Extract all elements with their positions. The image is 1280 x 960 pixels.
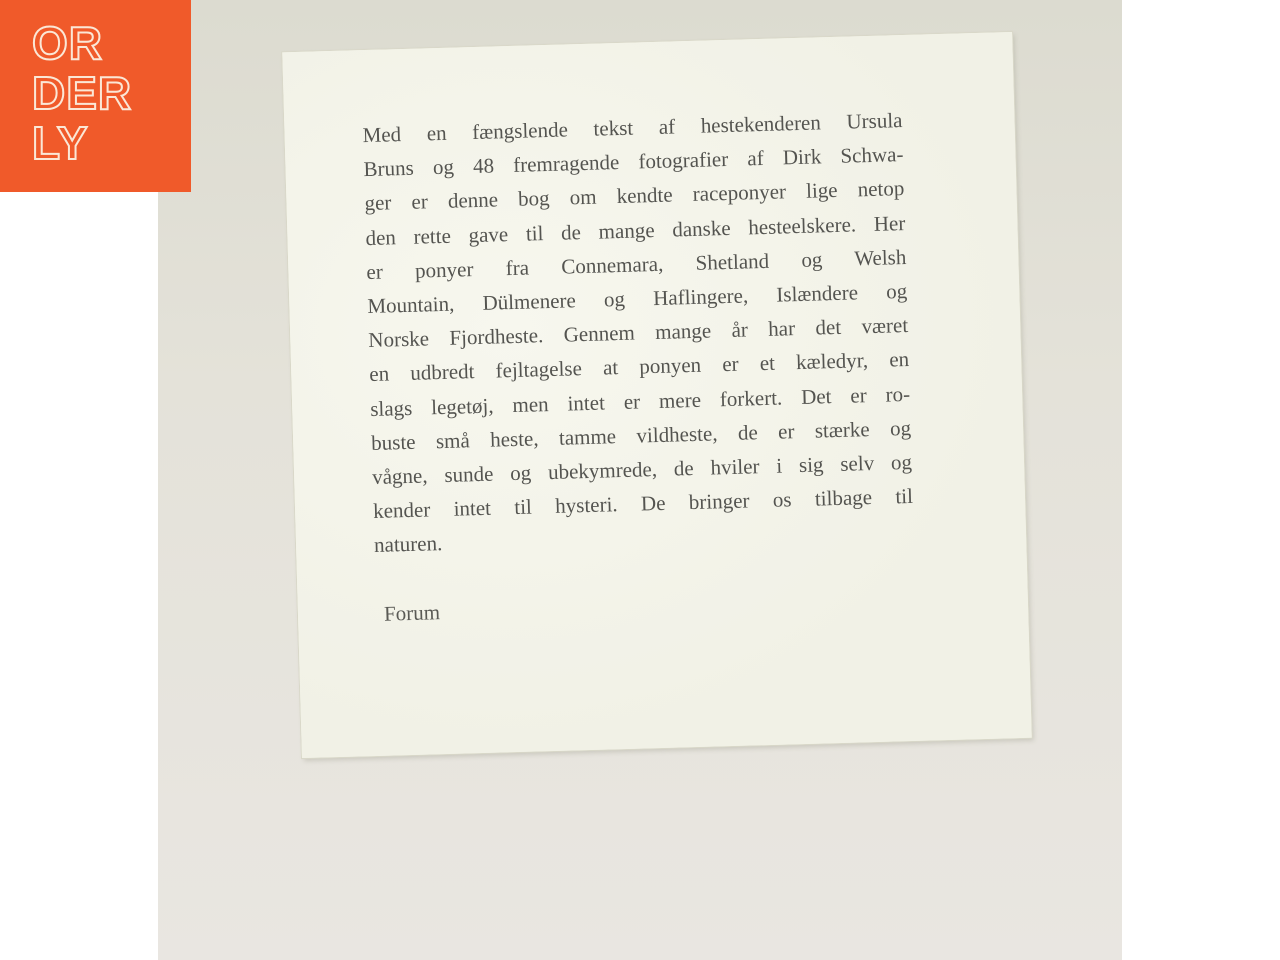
logo-line: LY <box>32 118 132 168</box>
publisher-name: Forum <box>384 600 441 627</box>
book-back-cover: Med en fængslende tekst af hestekenderen… <box>282 32 1031 758</box>
logo-line: DER <box>32 68 132 118</box>
logo-line: OR <box>32 18 132 68</box>
blurb-text: Med en fængslende tekst af hestekenderen… <box>362 103 914 563</box>
logo-wordmark: OR DER LY <box>32 18 132 168</box>
orderly-logo: OR DER LY <box>0 0 191 192</box>
